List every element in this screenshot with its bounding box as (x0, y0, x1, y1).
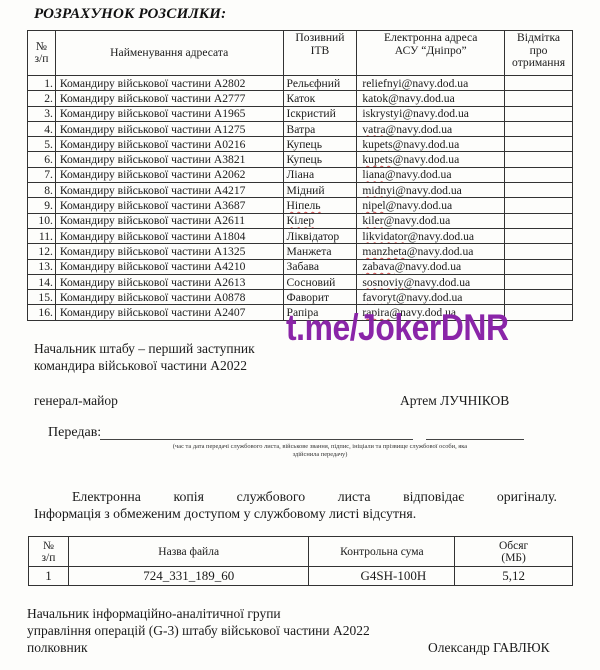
row-email: manzheta@navy.dod.ua (357, 244, 505, 259)
row-no: 3. (28, 106, 56, 121)
row-no: 1. (28, 76, 56, 91)
row-receipt-mark (505, 244, 573, 259)
row-receipt-mark (505, 274, 573, 289)
notice-line-1: Електронна копія службового листа відпов… (32, 488, 557, 505)
row-callsign: Ліана (283, 167, 357, 182)
file-no: 1 (29, 567, 69, 586)
row-addressee: Командиру військової частини А2062 (55, 167, 283, 182)
table-row: 2.Командиру військової частини А2777Като… (28, 91, 573, 106)
row-email: kupets@navy.dod.ua (357, 152, 505, 167)
row-no: 2. (28, 91, 56, 106)
row-email: sosnoviy@navy.dod.ua (357, 274, 505, 289)
signature-1-rank: генерал-майор (34, 392, 118, 409)
row-no: 11. (28, 228, 56, 243)
file-header-checksum: Контрольна сума (309, 537, 455, 567)
row-addressee: Командиру військової частини А4210 (55, 259, 283, 274)
file-header-no: №з/п (29, 537, 69, 567)
row-no: 5. (28, 137, 56, 152)
distribution-table: №з/п Найменування адресата ПозивнийІТВ Е… (27, 30, 573, 321)
signature-1-position-line2: командира військової частини А2022 (34, 357, 255, 374)
row-no: 10. (28, 213, 56, 228)
row-addressee: Командиру військової частини А1965 (55, 106, 283, 121)
header-addressee: Найменування адресата (55, 31, 283, 76)
row-callsign-text: Ніпель (287, 199, 321, 212)
row-email: kiler@navy.dod.ua (357, 213, 505, 228)
row-receipt-mark (505, 259, 573, 274)
signature-1-position: Начальник штабу – перший заступник коман… (34, 340, 255, 374)
row-callsign: Манжета (283, 244, 357, 259)
row-email: midnyi@navy.dod.ua (357, 183, 505, 198)
watermark-text: t.me/JokerDNR (286, 309, 509, 346)
table-row: 6.Командиру військової частини А3821Купе… (28, 152, 573, 167)
row-callsign: Рельєфний (283, 76, 357, 91)
distribution-table-header: №з/п Найменування адресата ПозивнийІТВ Е… (28, 31, 573, 76)
table-row: 8.Командиру військової частини А4217Мідн… (28, 183, 573, 198)
row-addressee: Командиру військової частини А3687 (55, 198, 283, 213)
row-no: 12. (28, 244, 56, 259)
file-name: 724_331_189_60 (68, 567, 309, 586)
file-table: №з/п Назва файла Контрольна сума Обсяг(М… (28, 536, 573, 586)
transfer-caption: (час та дата передачі службового листа, … (105, 443, 535, 459)
row-no: 15. (28, 290, 56, 305)
row-addressee: Командиру військової частини А2802 (55, 76, 283, 91)
row-receipt-mark (505, 183, 573, 198)
row-email: katok@navy.dod.ua (357, 91, 505, 106)
row-addressee: Командиру військової частини А1325 (55, 244, 283, 259)
row-receipt-mark (505, 213, 573, 228)
row-email: zabava@navy.dod.ua (357, 259, 505, 274)
row-email: nipel@navy.dod.ua (357, 198, 505, 213)
row-callsign: Каток (283, 91, 357, 106)
row-callsign: Ліквідатор (283, 228, 357, 243)
row-addressee: Командиру військової частини А2777 (55, 91, 283, 106)
row-addressee: Командиру військової частини А4217 (55, 183, 283, 198)
signature-2-rank: полковник (27, 639, 370, 656)
transfer-signature-line-2 (426, 439, 524, 440)
row-no: 8. (28, 183, 56, 198)
table-row: 4.Командиру військової частини А1275Ватр… (28, 121, 573, 136)
header-email: Електронна адресаАСУ “Дніпро” (357, 31, 505, 76)
row-email: liana@navy.dod.ua (357, 167, 505, 182)
row-callsign: Ватра (283, 121, 357, 136)
row-receipt-mark (505, 152, 573, 167)
row-email: likvidator@navy.dod.ua (357, 228, 505, 243)
row-email: favoryt@navy.dod.ua (357, 290, 505, 305)
header-no: №з/п (28, 31, 56, 76)
row-receipt-mark (505, 167, 573, 182)
file-header-name: Назва файла (68, 537, 309, 567)
row-addressee: Командиру військової частини А2613 (55, 274, 283, 289)
row-no: 4. (28, 121, 56, 136)
row-email: iskrystyi@navy.dod.ua (357, 106, 505, 121)
file-table-header: №з/п Назва файла Контрольна сума Обсяг(М… (29, 537, 573, 567)
row-callsign: Кілер (283, 213, 357, 228)
row-callsign: Купець (283, 152, 357, 167)
table-row: 5.Командиру військової частини А0216Купе… (28, 137, 573, 152)
row-receipt-mark (505, 91, 573, 106)
row-receipt-mark (505, 137, 573, 152)
signature-2-name: Олександр ГАВЛЮК (428, 639, 550, 656)
row-addressee: Командиру військової частини А1804 (55, 228, 283, 243)
file-table-row: 1 724_331_189_60 G4SH-100H 5,12 (29, 567, 573, 586)
row-receipt-mark (505, 228, 573, 243)
document-title: РОЗРАХУНОК РОЗСИЛКИ: (34, 6, 226, 23)
row-no: 13. (28, 259, 56, 274)
table-row: 12.Командиру військової частини А1325Ман… (28, 244, 573, 259)
table-row: 11.Командиру військової частини А1804Лік… (28, 228, 573, 243)
signature-1-name: Артем ЛУЧНІКОВ (400, 392, 509, 409)
signature-1-position-line1: Начальник штабу – перший заступник (34, 340, 255, 357)
row-addressee: Командиру військової частини А0878 (55, 290, 283, 305)
row-callsign: Купець (283, 137, 357, 152)
row-addressee: Командиру військової частини А2611 (55, 213, 283, 228)
row-callsign: Ніпель (283, 198, 357, 213)
table-row: 13.Командиру військової частини А4210Заб… (28, 259, 573, 274)
row-receipt-mark (505, 290, 573, 305)
transfer-label: Передав: (48, 425, 101, 441)
file-checksum: G4SH-100H (309, 567, 455, 586)
table-row: 9.Командиру військової частини А3687Ніпе… (28, 198, 573, 213)
row-callsign-text: Кілер (287, 214, 315, 227)
row-receipt-mark (505, 106, 573, 121)
row-receipt-mark (505, 305, 573, 320)
table-row: 10.Командиру військової частини А2611Кіл… (28, 213, 573, 228)
row-receipt-mark (505, 76, 573, 91)
row-no: 16. (28, 305, 56, 320)
row-callsign: Іскристий (283, 106, 357, 121)
header-callsign: ПозивнийІТВ (283, 31, 357, 76)
row-no: 7. (28, 167, 56, 182)
signature-2-position-line2: управління операцій (G-3) штабу військов… (27, 622, 370, 639)
header-receipt-mark: Відміткапроотримання (505, 31, 573, 76)
table-row: 1.Командиру військової частини А2802Рель… (28, 76, 573, 91)
row-email: vatra@navy.dod.ua (357, 121, 505, 136)
row-no: 14. (28, 274, 56, 289)
row-no: 9. (28, 198, 56, 213)
transfer-signature-line (100, 439, 413, 440)
row-callsign: Забава (283, 259, 357, 274)
row-email: reliefnyi@navy.dod.ua (357, 76, 505, 91)
notice-line-2: Інформація з обмеженим доступом у службо… (34, 505, 416, 522)
file-header-size: Обсяг(МБ) (455, 537, 573, 567)
table-row: 3.Командиру військової частини А1965Іскр… (28, 106, 573, 121)
row-receipt-mark (505, 121, 573, 136)
row-addressee: Командиру військової частини А2407 (55, 305, 283, 320)
table-row: 15.Командиру військової частини А0878Фав… (28, 290, 573, 305)
row-callsign: Сосновий (283, 274, 357, 289)
file-size: 5,12 (455, 567, 573, 586)
row-callsign: Мідний (283, 183, 357, 198)
signature-2-position-line1: Начальник інформаційно-аналітичної групи (27, 605, 370, 622)
row-addressee: Командиру військової частини А0216 (55, 137, 283, 152)
row-no: 6. (28, 152, 56, 167)
row-addressee: Командиру військової частини А3821 (55, 152, 283, 167)
row-addressee: Командиру військової частини А1275 (55, 121, 283, 136)
row-callsign: Фаворит (283, 290, 357, 305)
table-row: 7.Командиру військової частини А2062Ліан… (28, 167, 573, 182)
signature-2-block: Начальник інформаційно-аналітичної групи… (27, 605, 370, 656)
row-receipt-mark (505, 198, 573, 213)
table-row: 14.Командиру військової частини А2613Сос… (28, 274, 573, 289)
row-email: kupets@navy.dod.ua (357, 137, 505, 152)
